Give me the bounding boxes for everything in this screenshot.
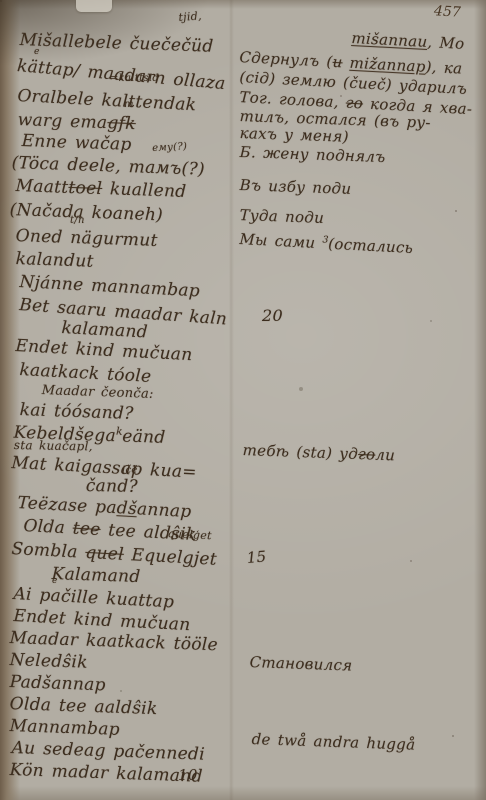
entry-line: čand? <box>86 476 138 497</box>
page-number: 457 <box>434 3 462 20</box>
text-segment: тебѣ (sta) уд <box>242 441 358 463</box>
text-segment: ), ка <box>425 58 463 78</box>
text-segment: Kön madar kalamand <box>9 760 203 787</box>
entry-line: sta kuačapl, <box>14 438 93 453</box>
text-segment: Туда поди <box>239 206 324 227</box>
text-segment: (Načada koaneh) <box>9 200 163 225</box>
gloss-line: Въ избу поди <box>239 176 351 198</box>
text-segment: кахъ у меня) <box>239 124 349 146</box>
text-segment: Padšannap <box>9 672 106 695</box>
text-segment: , Мо <box>427 33 465 53</box>
text-segment: Maatt <box>15 176 69 198</box>
text-segment: ли <box>375 446 395 465</box>
text-segment: Kalamand <box>51 564 141 587</box>
entry-line: kaatkack tóole <box>19 360 152 387</box>
interlinear-note: e <box>34 47 40 57</box>
text-segment: quel <box>85 543 125 565</box>
gloss-line: Мы сами 3(остались <box>239 230 414 257</box>
text-segment: (остались <box>328 235 414 257</box>
entry-line: Mišallebele čuečečüd <box>19 30 214 57</box>
text-segment: Enne wačap <box>21 131 132 155</box>
margin-number: 20 <box>262 306 283 325</box>
text-segment: de twå andra huggå <box>251 730 415 754</box>
page-fold-crease <box>229 0 234 800</box>
entry-line: Oned nägurmut <box>15 226 158 251</box>
gloss-line: mišannau, Мо <box>351 29 465 53</box>
entry-line: Mannambap <box>9 716 120 740</box>
text-segment: ему(?) <box>152 141 188 154</box>
paper-tab <box>76 0 112 12</box>
text-segment: kai tóósand? <box>19 400 134 424</box>
interlinear-note: ему(?) <box>152 141 188 154</box>
text-segment: sta kuačapl, <box>14 438 93 453</box>
text-segment: m <box>124 99 134 110</box>
text-segment: Mannambap <box>9 716 120 740</box>
gloss-line: Становился <box>249 653 352 675</box>
text-segment: го <box>345 94 363 113</box>
text-segment: Neledŝik <box>9 650 88 673</box>
text-segment: Становился <box>249 653 352 675</box>
entry-line: (Töca deele, тамъ(?) <box>11 153 205 180</box>
text-segment: mišannau <box>351 29 428 51</box>
paper-specks <box>0 0 2 2</box>
entry-line: kai tóósand? <box>19 400 134 424</box>
margin-number: 10 <box>178 766 198 784</box>
text-segment: Olda <box>23 516 73 539</box>
text-segment: kaatkack tóole <box>19 360 152 387</box>
text-segment: quelģet <box>167 527 212 542</box>
entry-line: kalandut <box>15 249 94 272</box>
text-segment: t/n <box>70 215 85 226</box>
text-segment: eänd <box>122 426 166 447</box>
text-segment: mižannap <box>349 54 426 76</box>
entry-line: Kön madar kalamand <box>9 760 203 787</box>
gloss-line: кахъ у меня) <box>239 124 349 146</box>
text-segment: čand? <box>86 476 138 497</box>
text-segment: toel <box>68 178 102 199</box>
text-segment: го <box>358 445 376 464</box>
text-segment: 20 <box>262 306 283 325</box>
text-segment: =kalttsid <box>110 73 159 84</box>
text-segment: 15 <box>246 547 267 567</box>
entry-line: Neledŝik <box>9 650 88 673</box>
gloss-line: тебѣ (sta) удголи <box>242 441 395 464</box>
text-segment: Maadar čeonča: <box>41 383 153 402</box>
entry-line: Maatttoel kuallend <box>15 176 186 202</box>
text-segment: dš <box>116 498 137 519</box>
margin-number: 15 <box>246 547 267 567</box>
interlinear-note: e <box>52 576 58 586</box>
text-segment: Въ избу поди <box>239 176 351 198</box>
text-segment: Olda tee aaldŝik <box>9 694 158 719</box>
text-segment: Sombla <box>11 539 86 563</box>
text-segment: Сдернулъ ( <box>239 48 333 71</box>
entry-line: Olda tee aaldŝik <box>9 694 158 719</box>
text-segment: 10 <box>178 766 198 784</box>
entry-line: Padšannap <box>9 672 106 695</box>
text-segment: (Töca deele, тамъ(?) <box>11 153 205 180</box>
interlinear-note: tjid, <box>178 9 202 24</box>
text-segment: kuallend <box>102 179 187 202</box>
text-segment: Б. жену поднялъ <box>239 143 385 166</box>
gloss-line: Б. жену поднялъ <box>239 143 385 166</box>
text-segment: kalandut <box>15 249 94 272</box>
text-segment: Teёzase pa <box>17 493 117 518</box>
text-segment: e <box>52 576 58 586</box>
entry-line: (Načada koaneh) <box>9 200 163 225</box>
interlinear-note: m <box>124 99 134 110</box>
manuscript-page: 457 Mišallebele čuečečüdtjid,kättap/ maa… <box>0 0 486 800</box>
gloss-line: de twå andra huggå <box>251 730 415 754</box>
text-segment: warg ema <box>17 110 107 133</box>
text-segment: gfk <box>107 113 136 134</box>
text-segment: annap <box>136 499 192 522</box>
entry-line: Enne wačap <box>21 131 132 155</box>
text-segment: e <box>34 47 40 57</box>
interlinear-note: =kalttsid <box>110 73 159 84</box>
entry-line: Maadar čeonča: <box>41 383 153 402</box>
text-segment: tee <box>72 519 101 540</box>
interlinear-note: t/n <box>70 215 85 226</box>
text-segment: Oned nägurmut <box>15 226 158 251</box>
interlinear-note: ičё <box>122 465 138 476</box>
text-segment: Mišallebele čuečečüd <box>19 30 214 57</box>
entry-line: Kalamand <box>51 564 141 587</box>
text-segment: tjid, <box>178 9 202 24</box>
text-segment: Мы сами <box>239 230 323 252</box>
gloss-line: Туда поди <box>239 206 324 227</box>
text-segment: ičё <box>122 465 138 476</box>
interlinear-note: quelģet <box>167 527 212 542</box>
